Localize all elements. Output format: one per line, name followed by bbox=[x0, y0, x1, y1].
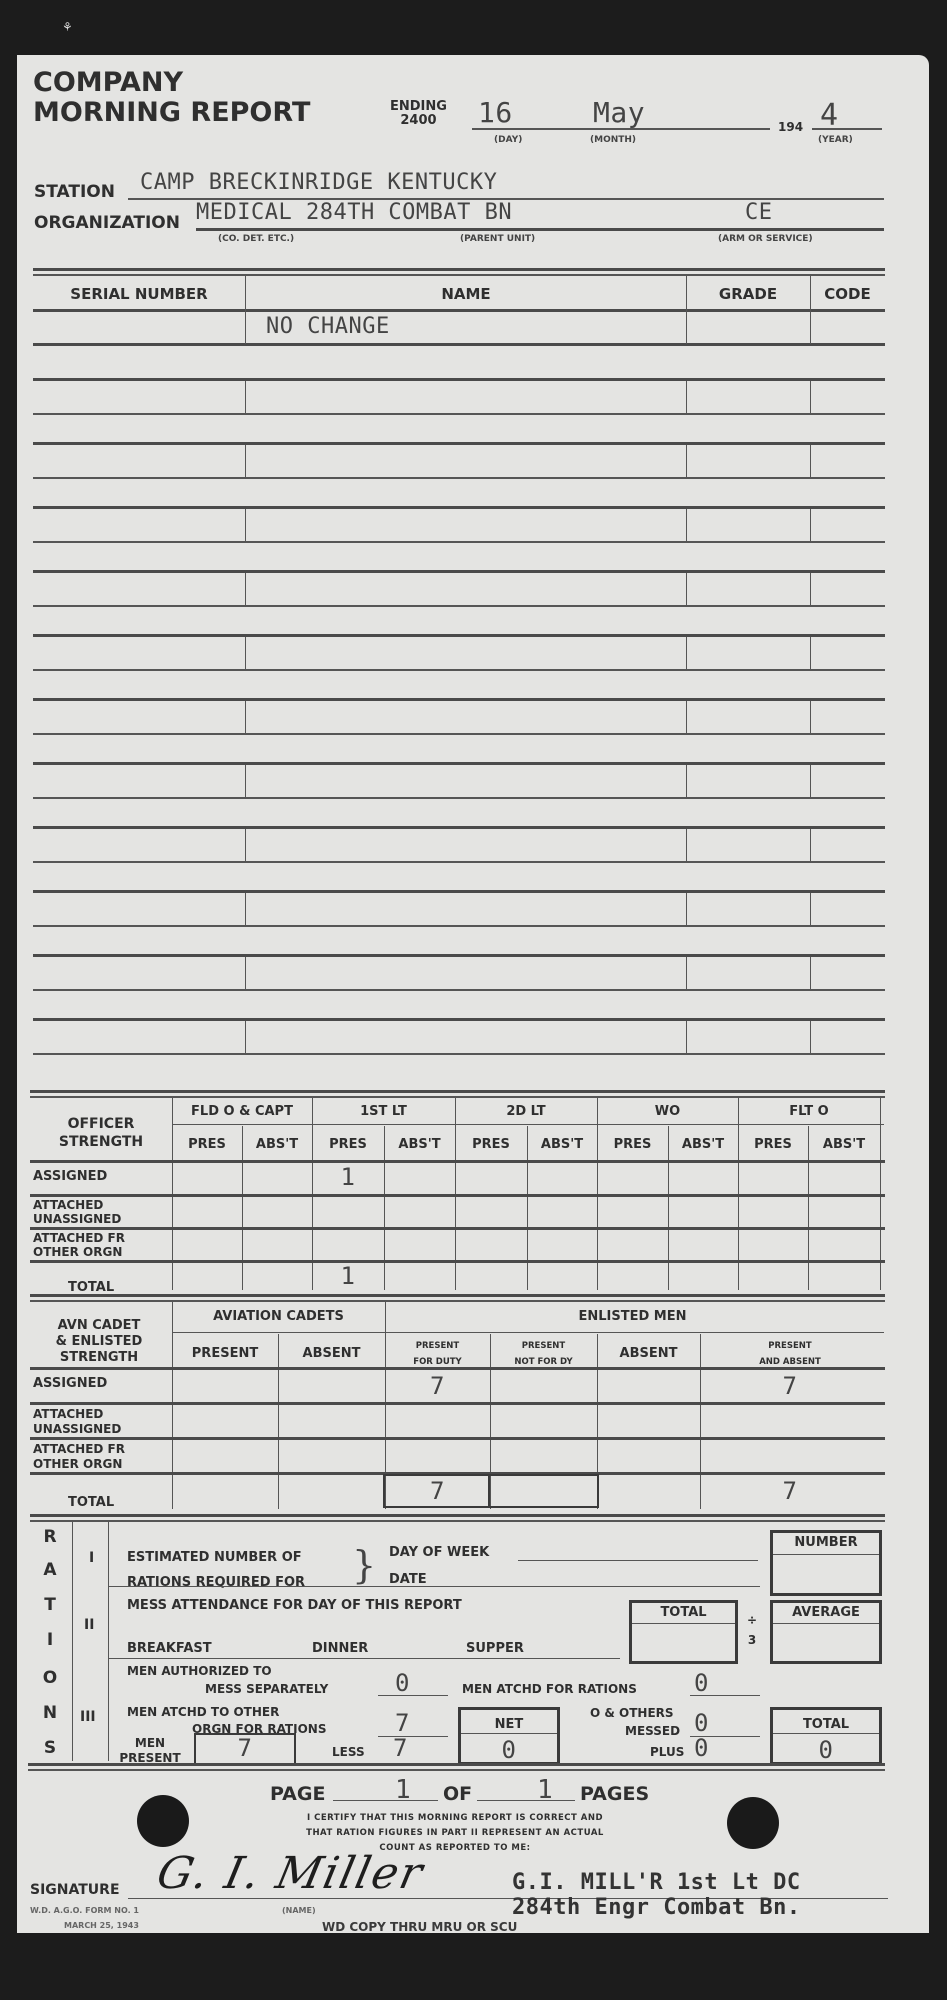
breakfast-label: BREAKFAST bbox=[127, 1641, 212, 1656]
col-divider bbox=[810, 573, 811, 605]
col-divider bbox=[686, 509, 687, 541]
form-number: W.D. A.G.O. FORM NO. 1 bbox=[30, 1906, 139, 1915]
month-caption: (MONTH) bbox=[590, 135, 636, 145]
organization-value: MEDICAL 284TH COMBAT BN bbox=[196, 200, 512, 225]
entries-top-rule bbox=[33, 268, 885, 271]
title-line-2: MORNING REPORT bbox=[33, 98, 310, 128]
page-underline bbox=[333, 1800, 438, 1801]
mess-total-label: TOTAL bbox=[632, 1605, 735, 1620]
rations-letter: R bbox=[30, 1527, 70, 1547]
row-rule bbox=[33, 605, 885, 607]
enlisted-subcol-header: ABSENT bbox=[597, 1346, 700, 1361]
officer-title-1: OFFICER bbox=[30, 1115, 172, 1133]
arm-caption: (ARM OR SERVICE) bbox=[718, 234, 813, 244]
dinner-label: DINNER bbox=[312, 1641, 368, 1656]
row-rule bbox=[33, 343, 885, 346]
row-rule bbox=[33, 698, 885, 701]
net-label: NET bbox=[461, 1717, 557, 1732]
officer-top-rule bbox=[30, 1090, 885, 1093]
certify-line-2: THAT RATION FIGURES IN PART II REPRESENT… bbox=[240, 1826, 670, 1841]
officer-group-header: FLD O & CAPT bbox=[172, 1104, 312, 1119]
rations-letter: S bbox=[30, 1738, 70, 1758]
row-rule bbox=[33, 378, 885, 381]
col-divider bbox=[245, 1021, 246, 1053]
organization-label: ORGANIZATION bbox=[34, 213, 180, 233]
enlisted-subcol-header: ABSENT bbox=[278, 1346, 385, 1361]
pages-label: PAGES bbox=[580, 1783, 649, 1805]
row-rule bbox=[33, 477, 885, 479]
divide-icon: ÷ bbox=[744, 1610, 760, 1630]
page-value: 1 bbox=[395, 1775, 411, 1805]
men-present-label-1: MEN bbox=[110, 1736, 190, 1751]
entries-top-rule-2 bbox=[33, 274, 885, 276]
signature-label: SIGNATURE bbox=[30, 1882, 120, 1898]
row-rule bbox=[33, 762, 885, 765]
section-ii-rule bbox=[108, 1658, 620, 1659]
row-rule bbox=[30, 1160, 885, 1163]
header-row-rule bbox=[33, 309, 885, 312]
men-atchd-rations-label: MEN ATCHD FOR RATIONS bbox=[462, 1682, 637, 1696]
col-divider bbox=[245, 573, 246, 605]
rations-divider bbox=[72, 1521, 73, 1761]
row-rule bbox=[30, 1437, 885, 1440]
col-divider bbox=[245, 381, 246, 413]
enlisted-title-2: & ENLISTED bbox=[28, 1334, 170, 1350]
number-label: NUMBER bbox=[773, 1535, 879, 1550]
less-label: LESS bbox=[332, 1745, 365, 1759]
col-divider bbox=[686, 1021, 687, 1053]
co-caption: (CO. DET. ETC.) bbox=[218, 234, 294, 244]
row-rule bbox=[30, 1227, 885, 1230]
col-divider bbox=[686, 445, 687, 477]
col-divider bbox=[245, 637, 246, 669]
ending-text: ENDING bbox=[390, 100, 447, 114]
col-divider bbox=[810, 381, 811, 413]
section-i-line-2: RATIONS REQUIRED FOR bbox=[127, 1570, 305, 1595]
punch-hole-right bbox=[727, 1797, 779, 1849]
col-divider bbox=[245, 957, 246, 989]
officer-subcol-header: ABS'T bbox=[527, 1137, 597, 1152]
month-value: May bbox=[593, 96, 645, 129]
officer-cell: 1 bbox=[312, 1262, 384, 1290]
group-rule bbox=[172, 1332, 884, 1333]
form-title: COMPANY MORNING REPORT bbox=[33, 68, 310, 128]
officer-group-header: WO bbox=[597, 1104, 738, 1119]
officer-subcol-header: PRES bbox=[172, 1137, 242, 1152]
mess-separately-value: 0 bbox=[395, 1669, 410, 1697]
mess-attendance-title: MESS ATTENDANCE FOR DAY OF THIS REPORT bbox=[127, 1598, 462, 1613]
atchd-other-value: 7 bbox=[395, 1709, 410, 1737]
mess-total-divider bbox=[632, 1623, 735, 1624]
film-mark: ⚘ bbox=[62, 20, 73, 34]
rations-letter: O bbox=[30, 1668, 70, 1688]
day-of-week-label: DAY OF WEEK bbox=[389, 1545, 489, 1560]
rations-divider bbox=[108, 1521, 109, 1761]
col-divider bbox=[810, 1021, 811, 1053]
row-rule bbox=[30, 1260, 885, 1263]
officer-row-label: ASSIGNED bbox=[33, 1169, 107, 1184]
arm-of-service-value: CE bbox=[745, 200, 773, 225]
col-divider bbox=[810, 637, 811, 669]
row-rule bbox=[33, 413, 885, 415]
col-divider bbox=[245, 275, 246, 344]
enlisted-title-3: STRENGTH bbox=[28, 1350, 170, 1366]
col-divider bbox=[686, 829, 687, 861]
col-divider bbox=[810, 893, 811, 925]
handwritten-signature: G. I. Miller bbox=[153, 1848, 429, 1899]
rations-letter: N bbox=[30, 1703, 70, 1723]
row-rule bbox=[30, 1402, 885, 1405]
officer-subcol-header: ABS'T bbox=[668, 1137, 738, 1152]
officer-subcol-header: PRES bbox=[597, 1137, 668, 1152]
atchd-other-label-1: MEN ATCHD TO OTHER bbox=[127, 1705, 279, 1719]
officer-title-2: STRENGTH bbox=[30, 1133, 172, 1151]
day-caption: (DAY) bbox=[494, 135, 522, 145]
less-value: 7 bbox=[393, 1734, 408, 1762]
enlisted-subcol-header: PRESENTAND ABSENT bbox=[700, 1338, 880, 1370]
total-present-duty-box bbox=[383, 1474, 490, 1508]
net-value: 0 bbox=[461, 1736, 557, 1764]
col-divider bbox=[686, 765, 687, 797]
row-rule bbox=[33, 925, 885, 927]
row-rule bbox=[30, 1194, 885, 1197]
row-rule bbox=[33, 733, 885, 735]
row-rule bbox=[33, 669, 885, 671]
row-rule bbox=[33, 1053, 885, 1055]
col-divider bbox=[245, 829, 246, 861]
total-present-not-duty-box bbox=[488, 1474, 599, 1508]
col-divider bbox=[810, 957, 811, 989]
officer-subcol-header: ABS'T bbox=[384, 1137, 455, 1152]
officer-strength-title: OFFICER STRENGTH bbox=[30, 1115, 172, 1151]
enlisted-cell: 7 bbox=[700, 1372, 880, 1400]
col-divider bbox=[810, 509, 811, 541]
year-value: 4 bbox=[820, 98, 839, 133]
col-divider bbox=[686, 381, 687, 413]
pages-value: 1 bbox=[537, 1775, 553, 1805]
net-divider bbox=[461, 1733, 557, 1734]
rations-total-label: TOTAL bbox=[773, 1717, 879, 1732]
rations-letter: A bbox=[30, 1560, 70, 1580]
row-rule bbox=[33, 541, 885, 543]
year-prefix: 194 bbox=[778, 120, 803, 134]
officer-subcol-header: ABS'T bbox=[242, 1137, 312, 1152]
col-name: NAME bbox=[246, 285, 686, 303]
col-grade: GRADE bbox=[687, 285, 809, 303]
officer-row-label: ATTACHEDUNASSIGNED bbox=[33, 1198, 121, 1226]
mess-separately-label-1: MEN AUTHORIZED TO bbox=[127, 1664, 272, 1678]
year-caption: (YEAR) bbox=[818, 135, 853, 145]
officer-subcol-header: ABS'T bbox=[808, 1137, 880, 1152]
form-date: MARCH 25, 1943 bbox=[64, 1921, 139, 1930]
day-of-week-field bbox=[518, 1560, 758, 1561]
row-rule bbox=[33, 442, 885, 445]
col-divider bbox=[686, 701, 687, 733]
row-rule bbox=[33, 797, 885, 799]
divide-by-three: ÷ 3 bbox=[744, 1610, 760, 1650]
station-label: STATION bbox=[34, 182, 115, 202]
pages-underline bbox=[477, 1800, 575, 1801]
station-value: CAMP BRECKINRIDGE KENTUCKY bbox=[140, 170, 497, 195]
enlisted-title-1: AVN CADET bbox=[28, 1318, 170, 1334]
date-label: DATE bbox=[389, 1572, 427, 1587]
certify-line-1: I CERTIFY THAT THIS MORNING REPORT IS CO… bbox=[240, 1811, 670, 1826]
enlisted-row-label: TOTAL bbox=[68, 1495, 114, 1510]
enlisted-top-rule bbox=[30, 1294, 885, 1297]
col-divider bbox=[245, 765, 246, 797]
enlisted-subcol-header: PRESENT bbox=[172, 1346, 278, 1361]
of-label: OF bbox=[443, 1783, 472, 1805]
section-iii-numeral: III bbox=[80, 1709, 96, 1725]
group-rule bbox=[172, 1124, 884, 1125]
officer-subcol-header: PRES bbox=[738, 1137, 808, 1152]
row-rule bbox=[33, 1018, 885, 1021]
section-ii-numeral: II bbox=[84, 1617, 94, 1633]
col-divider bbox=[810, 829, 811, 861]
enlisted-row-label: ATTACHED FROTHER ORGN bbox=[33, 1442, 125, 1472]
section-i-numeral: I bbox=[89, 1550, 94, 1566]
col-serial-number: SERIAL NUMBER bbox=[33, 285, 245, 303]
plus-label: PLUS bbox=[650, 1745, 684, 1759]
typed-unit-name: 284th Engr Combat Bn. bbox=[512, 1895, 801, 1920]
cadets-group-header: AVIATION CADETS bbox=[172, 1309, 385, 1324]
col-divider bbox=[245, 445, 246, 477]
rations-total-value: 0 bbox=[773, 1736, 879, 1764]
name-caption: (NAME) bbox=[282, 1906, 316, 1915]
col-divider bbox=[245, 509, 246, 541]
row-rule bbox=[30, 1367, 885, 1370]
rations-bottom-rule bbox=[28, 1763, 885, 1766]
mess-separately-label-2: MESS SEPARATELY bbox=[205, 1682, 328, 1696]
col-divider bbox=[810, 765, 811, 797]
page-label: PAGE bbox=[270, 1783, 325, 1805]
row-rule bbox=[33, 634, 885, 637]
organization-underline bbox=[196, 228, 884, 231]
number-divider bbox=[773, 1554, 879, 1555]
parent-unit-caption: (PARENT UNIT) bbox=[460, 234, 535, 244]
col-divider bbox=[810, 445, 811, 477]
officer-subcol-header: PRES bbox=[455, 1137, 527, 1152]
col-divider bbox=[245, 701, 246, 733]
others-messed-label-2: MESSED bbox=[625, 1724, 680, 1738]
enlisted-row-label: ATTACHEDUNASSIGNED bbox=[33, 1407, 121, 1437]
col-divider bbox=[810, 701, 811, 733]
section-i-rule bbox=[108, 1586, 760, 1587]
col-code: CODE bbox=[810, 285, 885, 303]
col-divider bbox=[810, 275, 811, 344]
men-atchd-rations-underline bbox=[690, 1695, 760, 1696]
officer-group-header: FLT O bbox=[738, 1104, 880, 1119]
section-i-text: ESTIMATED NUMBER OF RATIONS REQUIRED FOR bbox=[127, 1545, 305, 1595]
col-divider bbox=[686, 275, 687, 344]
ending-time: 2400 bbox=[390, 114, 447, 128]
row-rule bbox=[33, 861, 885, 863]
row-rule bbox=[33, 890, 885, 893]
enlisted-subcol-header: PRESENTNOT FOR DY bbox=[490, 1338, 597, 1370]
officer-subcol-header: PRES bbox=[312, 1137, 384, 1152]
row-rule bbox=[33, 826, 885, 829]
enlisted-strength-title: AVN CADET & ENLISTED STRENGTH bbox=[28, 1318, 170, 1366]
average-divider bbox=[773, 1623, 879, 1624]
divisor: 3 bbox=[744, 1630, 760, 1650]
rations-top-rule bbox=[30, 1514, 885, 1517]
ending-label: ENDING 2400 bbox=[390, 100, 447, 128]
officer-row-label: ATTACHED FROTHER ORGN bbox=[33, 1231, 125, 1259]
rations-letter: T bbox=[30, 1595, 70, 1615]
atchd-other-underline bbox=[378, 1736, 448, 1737]
supper-label: SUPPER bbox=[466, 1641, 524, 1656]
title-line-1: COMPANY bbox=[33, 68, 310, 98]
typed-officer-name: G.I. MILL'R 1st Lt DC bbox=[512, 1870, 801, 1895]
brace-icon: } bbox=[352, 1540, 376, 1590]
entry-name: NO CHANGE bbox=[266, 314, 390, 339]
officer-group-header: 2D LT bbox=[455, 1104, 597, 1119]
col-divider bbox=[245, 893, 246, 925]
others-messed-label-1: O & OTHERS bbox=[590, 1706, 674, 1720]
enlisted-cell: 7 bbox=[700, 1477, 880, 1505]
row-rule bbox=[33, 506, 885, 509]
average-label: AVERAGE bbox=[773, 1605, 879, 1620]
officer-cell: 1 bbox=[312, 1163, 384, 1191]
rations-total-divider bbox=[773, 1733, 879, 1734]
officer-top-rule-2 bbox=[30, 1096, 885, 1098]
officer-row-label: TOTAL bbox=[68, 1280, 114, 1295]
men-atchd-rations-value: 0 bbox=[694, 1669, 709, 1697]
plus-value: 0 bbox=[694, 1734, 709, 1762]
row-rule bbox=[33, 989, 885, 991]
men-present-value: 7 bbox=[196, 1734, 294, 1762]
enlisted-group-header: ENLISTED MEN bbox=[385, 1309, 880, 1324]
row-rule bbox=[33, 954, 885, 957]
men-present-label: MEN PRESENT bbox=[110, 1736, 190, 1766]
col-divider bbox=[686, 893, 687, 925]
punch-hole-left bbox=[137, 1795, 189, 1847]
rations-top-rule-2 bbox=[30, 1520, 885, 1522]
mess-separately-underline bbox=[378, 1695, 448, 1696]
col-divider bbox=[686, 637, 687, 669]
enlisted-row-label: ASSIGNED bbox=[33, 1376, 107, 1391]
day-value: 16 bbox=[478, 96, 513, 129]
enlisted-top-rule-2 bbox=[30, 1300, 885, 1302]
officer-group-header: 1ST LT bbox=[312, 1104, 455, 1119]
enlisted-subcol-header: PRESENTFOR DUTY bbox=[385, 1338, 490, 1370]
row-rule bbox=[33, 570, 885, 573]
routing-note: WD COPY THRU MRU OR SCU bbox=[322, 1920, 517, 1934]
col-divider bbox=[686, 957, 687, 989]
rations-letter: I bbox=[30, 1630, 70, 1650]
rations-bottom-rule-2 bbox=[28, 1769, 885, 1771]
enlisted-cell: 7 bbox=[385, 1372, 490, 1400]
others-messed-value: 0 bbox=[694, 1709, 709, 1737]
col-divider bbox=[686, 573, 687, 605]
section-i-line-1: ESTIMATED NUMBER OF bbox=[127, 1545, 305, 1570]
